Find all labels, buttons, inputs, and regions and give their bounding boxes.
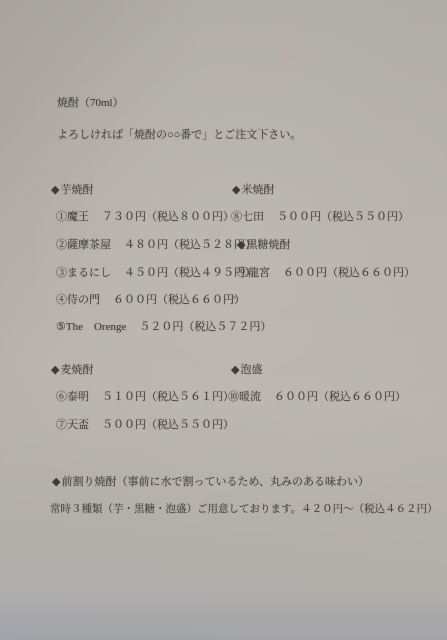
item-name: ⑥泰明 — [56, 391, 89, 404]
item-price: ７３０円（税込８００円） — [102, 211, 234, 224]
menu-item-ryugu: ⑨龍宮 ６００円（税込６６０円） — [237, 267, 415, 280]
item-price: ５１０円（税込５６１円） — [102, 391, 234, 404]
item-name: ⑦天盃 — [56, 419, 89, 432]
section-label-kokuto: 黒糖焼酎 — [246, 239, 290, 251]
menu-item-satsumachaya: ②薩摩茶屋 ４８０円（税込５２８円） — [56, 239, 256, 252]
diamond-bullet-icon: ◆ — [237, 239, 245, 251]
section-header-kome: ◆米焼酎 — [232, 184, 274, 197]
menu-title: 焼酎（70ml） — [57, 97, 124, 110]
paper-smudge — [276, 40, 310, 68]
menu-item-danryu: ⑩暖流 ６００円（税込６６０円） — [228, 391, 406, 404]
diamond-bullet-icon: ◆ — [52, 476, 60, 488]
section-label-awamori: 泡盛 — [240, 364, 262, 376]
menu-item-maou: ①魔王 ７３０円（税込８００円） — [56, 211, 234, 224]
menu-item-tenpai: ⑦天盃 ５００円（税込５５０円） — [56, 419, 234, 432]
diamond-bullet-icon: ◆ — [51, 184, 59, 196]
maewari-note: 常時３種類（芋・黒糖・泡盛）ご用意しております。４２０円～（税込４６２円） — [50, 504, 438, 517]
order-instruction: よろしければ「焼酎の○○番で」とご注文下さい。 — [57, 129, 301, 142]
menu-item-taimei: ⑥泰明 ５１０円（税込５６１円） — [56, 391, 234, 404]
item-price: ５００円（税込５５０円） — [102, 419, 234, 432]
item-name: ⑩暖流 — [228, 391, 261, 404]
menu-item-marunishi: ③まるにし ４５０円（税込４９５円） — [56, 267, 256, 280]
section-label-imo: 芋焼酎 — [60, 184, 93, 196]
item-name: ①魔王 — [56, 211, 89, 224]
item-name: ⑤The Orenge — [56, 321, 126, 334]
section-label-kome: 米焼酎 — [241, 184, 274, 196]
diamond-bullet-icon: ◆ — [51, 364, 59, 376]
menu-item-theorenge: ⑤The Orenge ５２０円（税込５７２円） — [56, 321, 271, 334]
item-name: ④侍の門 — [56, 294, 100, 307]
item-price: ５００円（税込５５０円） — [277, 211, 409, 224]
menu-item-shichida: ⑧七田 ５００円（税込５５０円） — [231, 211, 409, 224]
section-header-kokuto: ◆黒糖焼酎 — [237, 239, 290, 252]
item-name: ③まるにし — [56, 267, 111, 280]
section-label-mugi: 麦焼酎 — [60, 364, 93, 376]
section-header-maewari: ◆前割り焼酎（事前に水で割っているため、丸みのある味わい） — [52, 476, 369, 489]
paper-corner-shadow — [0, 0, 447, 640]
section-label-maewari: 前割り焼酎（事前に水で割っているため、丸みのある味わい） — [61, 476, 369, 488]
section-header-awamori: ◆泡盛 — [231, 364, 262, 377]
item-price: ５２０円（税込５７２円） — [139, 321, 271, 334]
menu-item-samurainomon: ④侍の門 ６００円（税込６６０円） — [56, 294, 245, 307]
paper-menu: 焼酎（70ml） よろしければ「焼酎の○○番で」とご注文下さい。 ◆芋焼酎 ◆米… — [0, 0, 447, 640]
paper-bottom-shadow — [0, 592, 447, 640]
diamond-bullet-icon: ◆ — [231, 364, 239, 376]
item-price: ６００円（税込６６０円） — [274, 391, 406, 404]
item-price: ６００円（税込６６０円） — [283, 267, 415, 280]
item-name: ②薩摩茶屋 — [56, 239, 111, 252]
section-header-imo: ◆芋焼酎 — [51, 184, 93, 197]
item-name: ⑧七田 — [231, 211, 264, 224]
item-price: ６００円（税込６６０円） — [113, 294, 245, 307]
section-header-mugi: ◆麦焼酎 — [51, 364, 93, 377]
item-name: ⑨龍宮 — [237, 267, 270, 280]
diamond-bullet-icon: ◆ — [232, 184, 240, 196]
